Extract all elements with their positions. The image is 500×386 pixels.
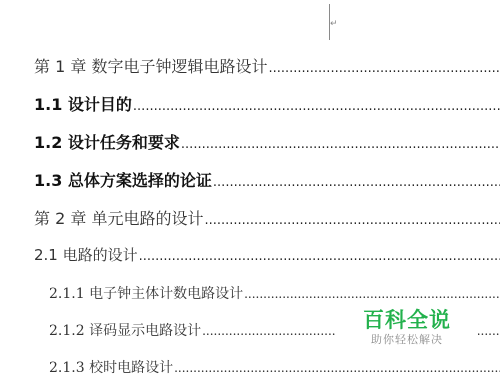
toc-leader-dots	[268, 61, 500, 76]
toc-entry-1-2[interactable]: 1.2 设计任务和要求	[34, 130, 500, 154]
toc-entry-2-1-3[interactable]: 2.1.3 校时电路设计	[49, 357, 500, 381]
toc-leader-dots	[181, 137, 500, 152]
toc-entry-label: 2.1.3 校时电路设计	[49, 357, 173, 377]
toc-entry-1-1[interactable]: 1.1 设计目的	[34, 92, 500, 116]
toc-leader-dots	[213, 175, 500, 190]
watermark-logo: 百科全说 助你轻松解决	[336, 305, 478, 357]
toc-entry-label: 1.1 设计目的	[34, 92, 132, 115]
toc-entry-label: 第 2 章 单元电路的设计	[34, 206, 203, 229]
toc-entry-label: 2.1.1 电子钟主体计数电路设计	[49, 283, 243, 303]
toc-leader-dots	[174, 361, 500, 375]
toc-entry-2-1[interactable]: 2.1 电路的设计	[34, 244, 500, 268]
toc-entry-chapter-2[interactable]: 第 2 章 单元电路的设计	[34, 206, 500, 230]
toc-leader-dots	[139, 249, 500, 264]
toc-entry-label: 2.1 电路的设计	[34, 244, 138, 265]
toc-entry-label: 2.1.2 译码显示电路设计	[49, 320, 201, 340]
toc-entry-label: 1.3 总体方案选择的论证	[34, 168, 212, 191]
toc-entry-label: 第 1 章 数字电子钟逻辑电路设计	[34, 54, 267, 77]
toc-entry-label: 1.2 设计任务和要求	[34, 130, 180, 153]
toc-leader-dots	[133, 99, 500, 114]
toc-leader-dots	[204, 213, 500, 228]
toc-entry-2-1-1[interactable]: 2.1.1 电子钟主体计数电路设计	[49, 283, 500, 307]
toc-entry-chapter-1[interactable]: 第 1 章 数字电子钟逻辑电路设计	[34, 54, 500, 78]
toc-entry-1-3[interactable]: 1.3 总体方案选择的论证	[34, 168, 500, 192]
toc-leader-dots	[244, 287, 500, 301]
watermark-title: 百科全说	[336, 307, 478, 333]
watermark-subtitle: 助你轻松解决	[336, 333, 478, 347]
